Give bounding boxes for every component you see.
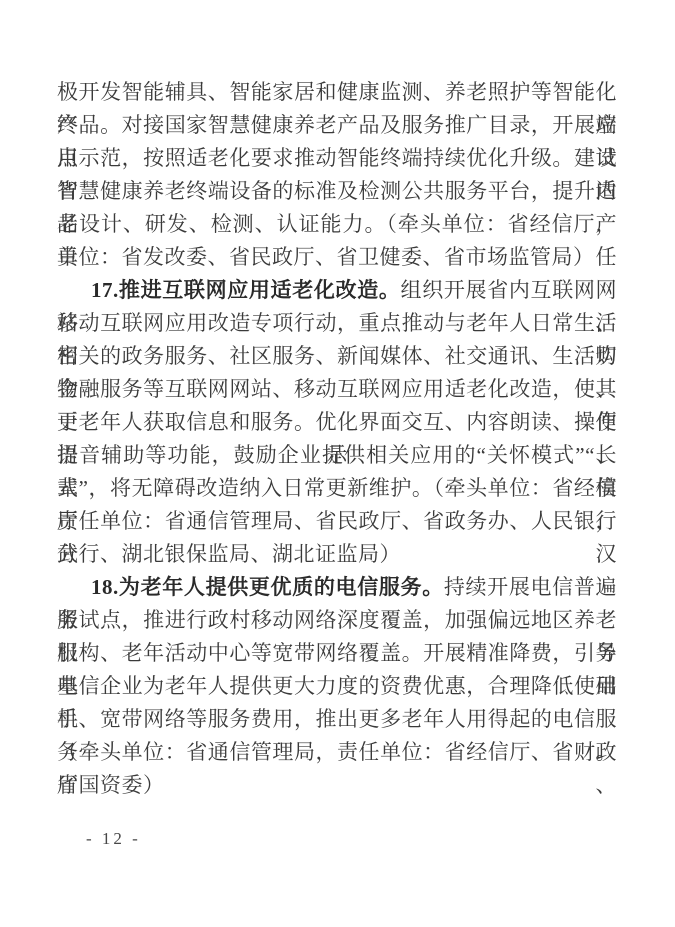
paragraph-item-18: 18.为老年人提供更优质的电信服务。持续开展电信普遍服务试点，推进行政村移动网络… [57,571,617,802]
text-line: 单位：省发改委、省民政厅、省卫健委、省市场监管局） [57,241,617,274]
document-body: 极开发智能辅具、智能家居和健康监测、养老照护等智能化终端产品。对接国家智慧健康养… [57,76,617,802]
text-line: 语音辅助等功能，鼓励企业提供相关应用的“关怀模式”“长辈模 [57,439,617,472]
page-number: - 12 - [86,828,141,850]
text-line: 18.为老年人提供更优质的电信服务。持续开展电信普遍服 [57,571,617,604]
text-run: 单位：省发改委、省民政厅、省卫健委、省市场监管局） [57,245,595,269]
text-line: 智慧健康养老终端设备的标准及检测公共服务平台，提升适老产 [57,175,617,208]
text-line: 机构、老年活动中心等宽带网络覆盖。开展精准降费，引导基础 [57,637,617,670]
text-run: 分行、湖北银保监局、湖北证监局） [57,542,401,566]
text-line: 产品。对接国家智慧健康养老产品及服务推广目录，开展应用试 [57,109,617,142]
text-line: 于老年人获取信息和服务。优化界面交互、内容朗读、操作提示、 [57,406,617,439]
text-line: 责任单位：省通信管理局、省民政厅、省政务办、人民银行武汉 [57,505,617,538]
text-line: 点示范，按照适老化要求推动智能终端持续优化升级。建设省内 [57,142,617,175]
document-page: 极开发智能辅具、智能家居和健康监测、养老照护等智能化终端产品。对接国家智慧健康养… [0,0,675,927]
text-line: 17.推进互联网应用适老化改造。组织开展省内互联网网站、 [57,274,617,307]
item-heading: 18.为老年人提供更优质的电信服务。 [91,575,444,599]
text-line: 极开发智能辅具、智能家居和健康监测、养老照护等智能化终端 [57,76,617,109]
paragraph-continuation: 极开发智能辅具、智能家居和健康监测、养老照护等智能化终端产品。对接国家智慧健康养… [57,76,617,274]
text-line: 金融服务等互联网网站、移动互联网应用适老化改造，使其更便 [57,373,617,406]
text-run: 省国资委） [57,773,165,797]
text-line: 务试点，推进行政村移动网络深度覆盖，加强偏远地区养老服务 [57,604,617,637]
paragraph-item-17: 17.推进互联网应用适老化改造。组织开展省内互联网网站、移动互联网应用改造专项行… [57,274,617,571]
text-line: 品设计、研发、检测、认证能力。（牵头单位：省经信厅，责任 [57,208,617,241]
text-line: 移动互联网应用改造专项行动，重点推动与老年人日常生活密切 [57,307,617,340]
text-line: 相关的政务服务、社区服务、新闻媒体、社交通讯、生活购物、 [57,340,617,373]
item-heading: 17.推进互联网应用适老化改造。 [91,278,401,302]
text-line: 机、宽带网络等服务费用，推出更多老年人用得起的电信服务。 [57,703,617,736]
text-line: （牵头单位：省通信管理局，责任单位：省经信厅、省财政厅、 [57,736,617,769]
text-line: 式”，将无障碍改造纳入日常更新维护。（牵头单位：省经信厅， [57,472,617,505]
text-line: 电信企业为老年人提供更大力度的资费优惠，合理降低使用手 [57,670,617,703]
